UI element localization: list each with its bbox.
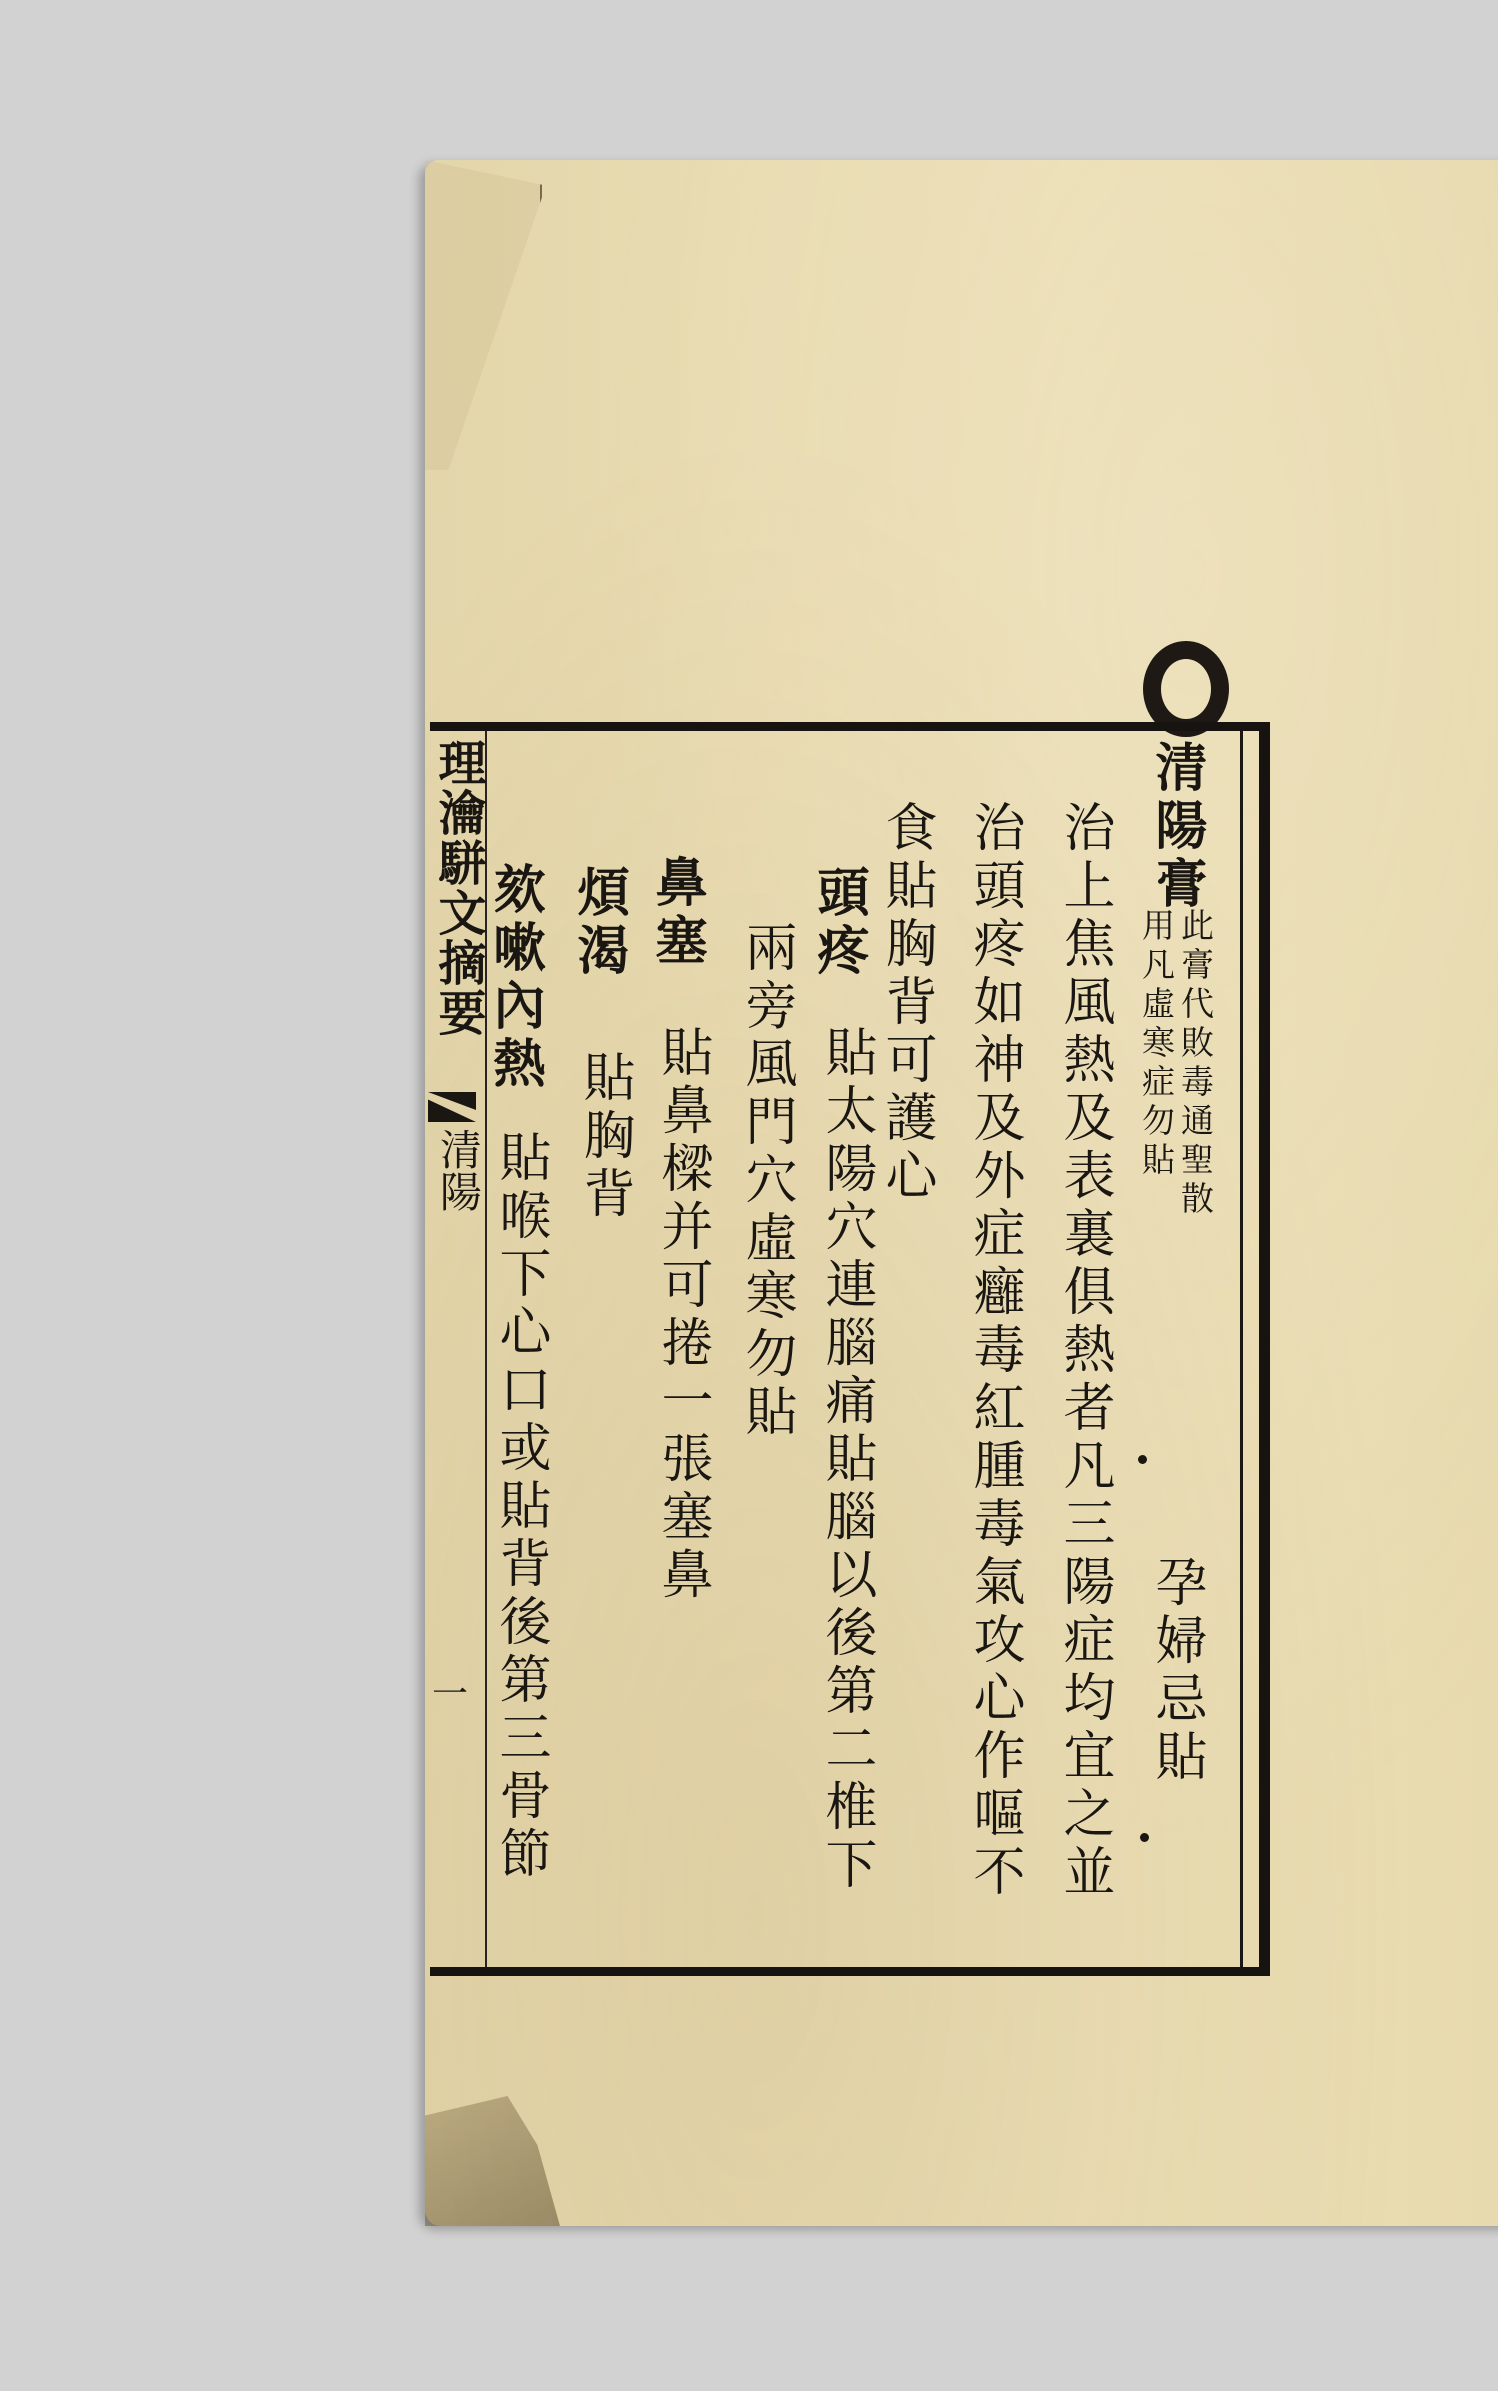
text-column-6: 兩旁風門穴虛寒勿貼 (740, 920, 792, 1442)
spine-book-title: 理瀹駢文摘要 (424, 738, 493, 1038)
text-column-3: 治頭疼如神及外症癰毒紅腫毒氣攻心作嘔不 (968, 800, 1020, 1902)
folded-corner-bottom (425, 2096, 575, 2226)
text-column-9: 貼喉下心口或貼背後第三骨節 (494, 1130, 546, 1884)
folio-number: 一 (432, 1666, 468, 1717)
title-annotation: 此膏代敗毒通聖散 用凡虛寒症勿貼 (1140, 908, 1212, 1220)
frame-inner-rule (1240, 731, 1243, 1967)
folded-corner-top (425, 160, 542, 470)
punctuation-dot (1140, 1833, 1149, 1842)
heading-cough-internal-heat: 欬嗽內熱 (488, 862, 540, 1094)
text-column-2: 治上焦風熱及表裏俱熱者凡三陽症均宜之並 (1058, 800, 1110, 1902)
spine-section-title: 清陽 (428, 1128, 488, 1212)
text-column-5: 貼太陽穴連腦痛貼腦以後第二椎下 (820, 1025, 872, 1895)
punctuation-dot (1138, 1455, 1147, 1464)
annotation-left-line: 用凡虛寒症勿貼 (1140, 908, 1173, 1220)
recipe-title: 清陽膏 (1150, 740, 1202, 914)
heading-nasal-congestion: 鼻塞 (650, 855, 702, 971)
text-column-7: 貼鼻樑并可捲一張塞鼻 (656, 1025, 708, 1605)
heading-headache: 頭疼 (812, 865, 864, 981)
heading-thirst: 煩渴 (572, 865, 624, 981)
annotation-right-line: 此膏代敗毒通聖散 (1179, 908, 1212, 1220)
text-column-8: 貼胸背 (578, 1050, 630, 1224)
pregnancy-warning: 孕婦忌貼 (1150, 1555, 1202, 1787)
text-column-4: 食貼胸背可護心 (880, 800, 932, 1206)
